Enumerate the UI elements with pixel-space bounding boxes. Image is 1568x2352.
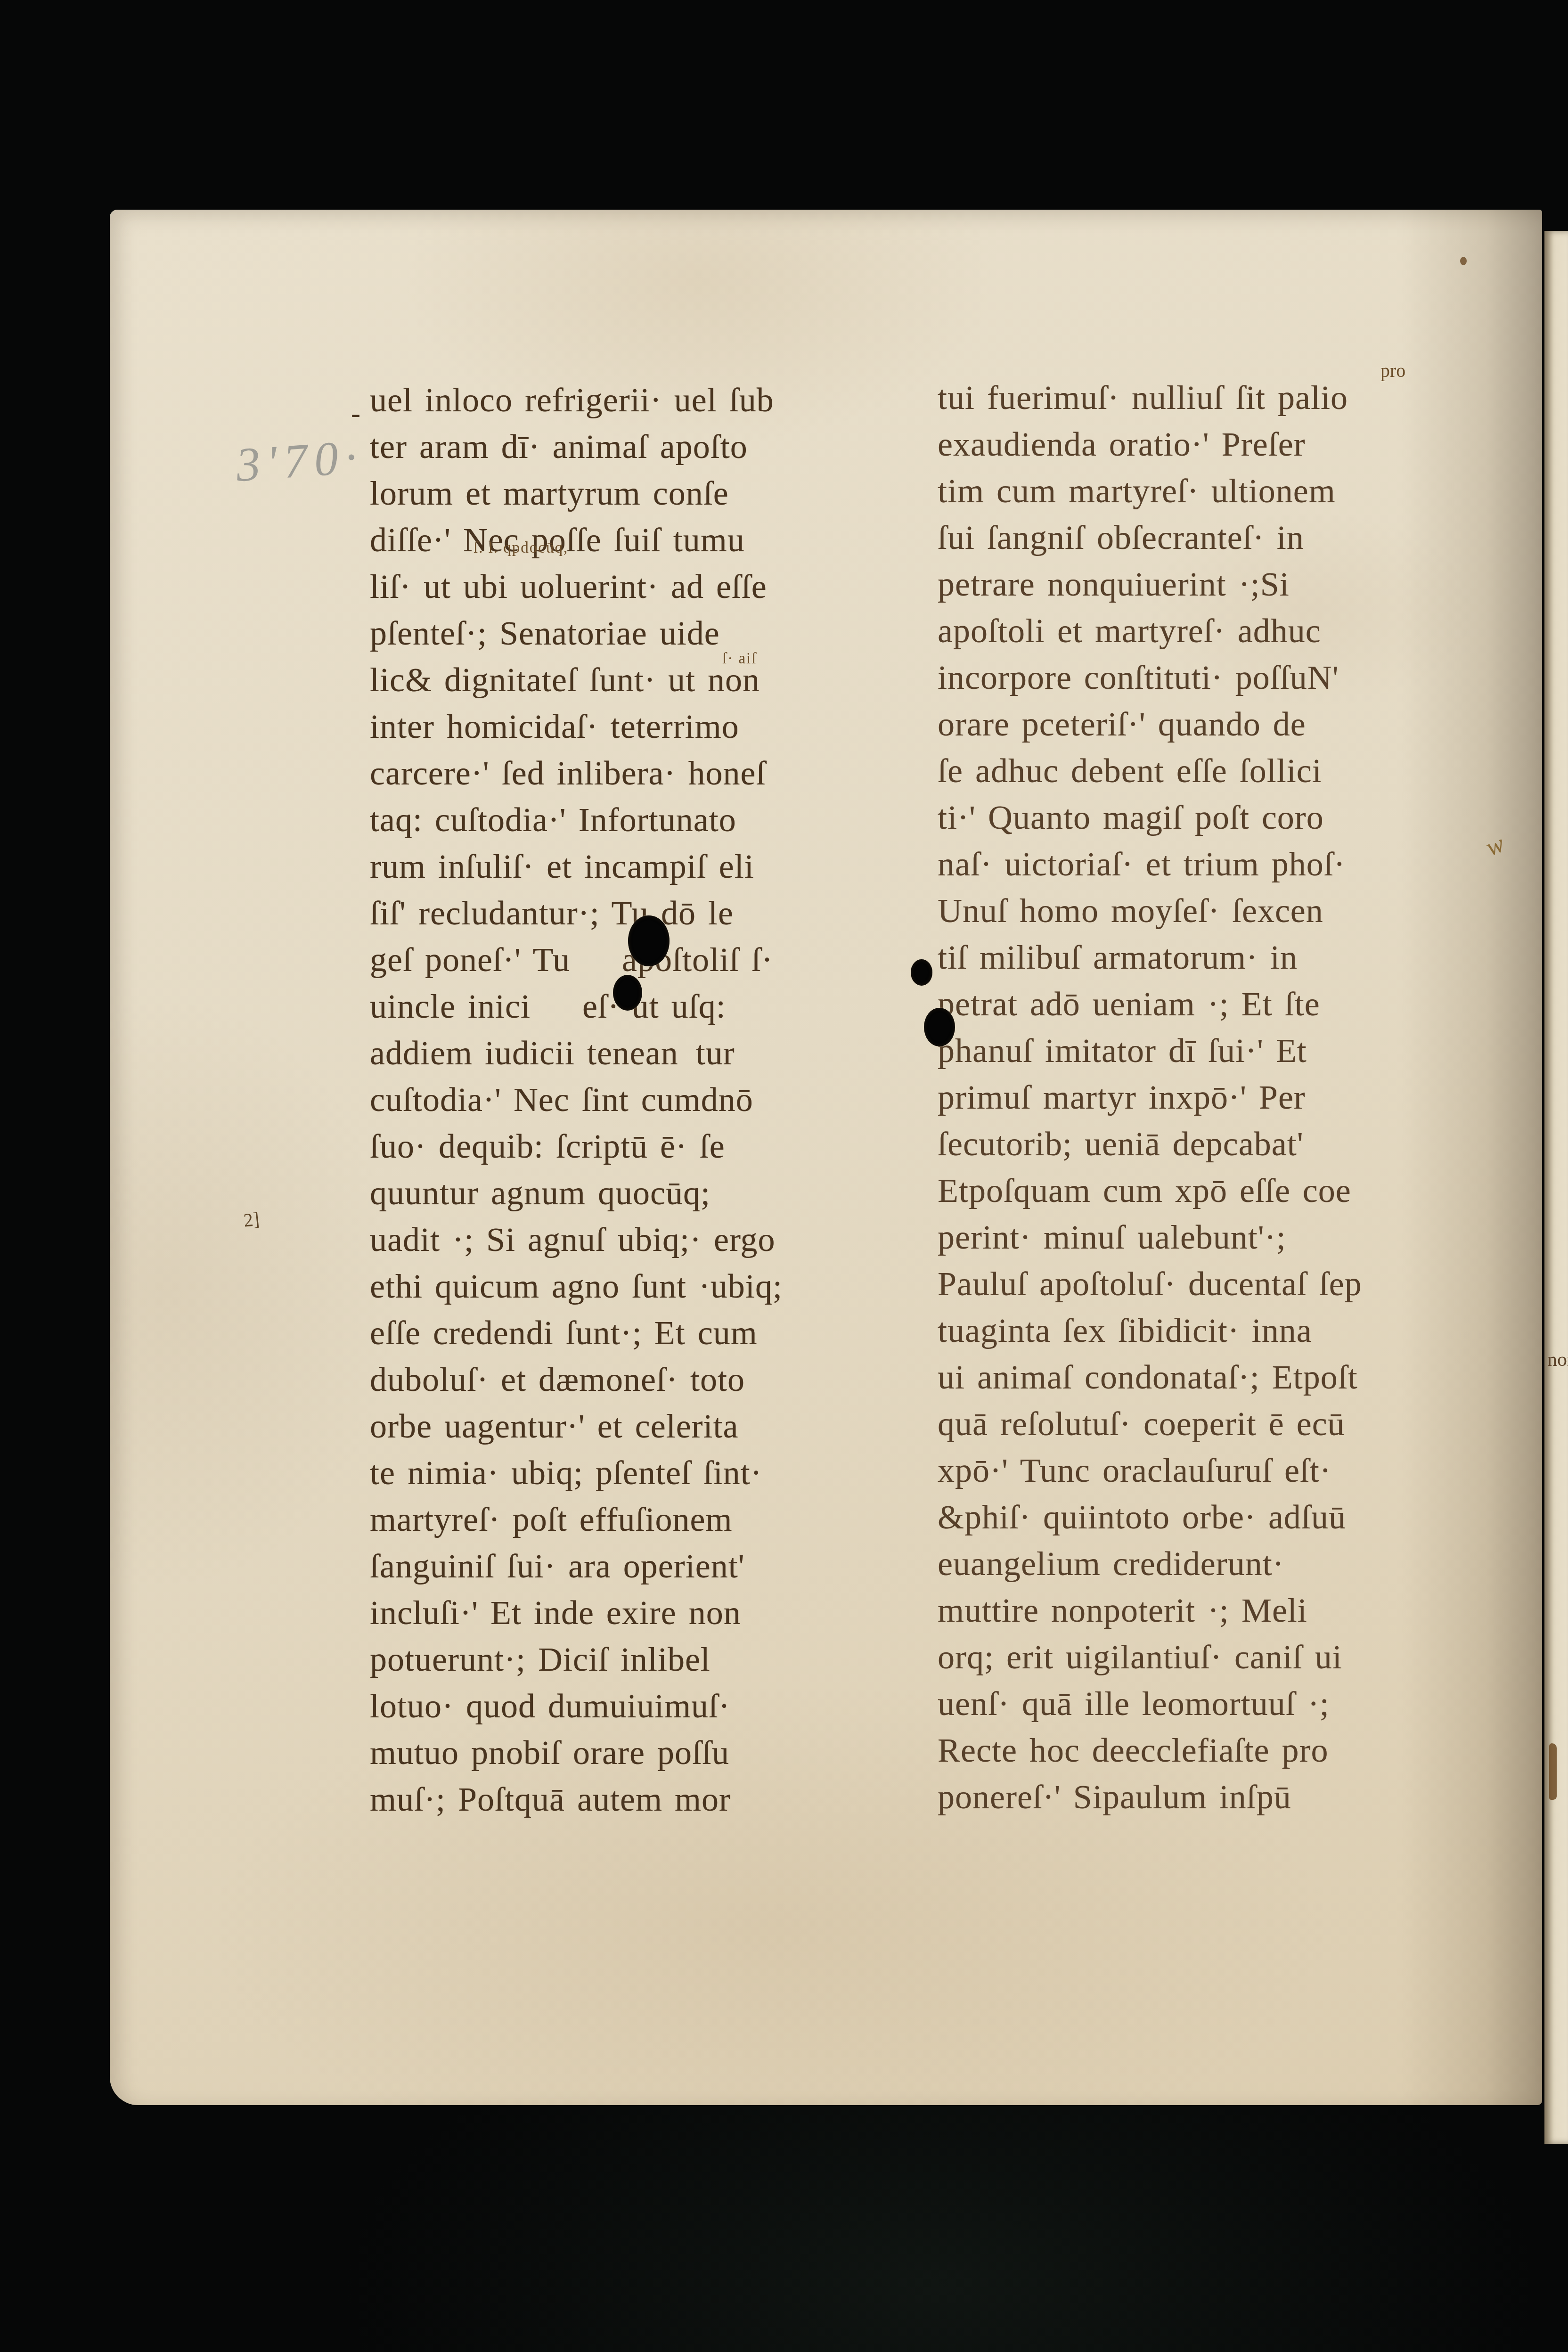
- text-column-left: uel inloco refrigerii· uel ſubter aram d…: [370, 377, 926, 1823]
- parchment-hole: [628, 915, 670, 966]
- text-line: taq: cuſtodia·' Infortunato: [370, 797, 926, 843]
- text-line: diſſe·' Nec poſſe ſuiſ tumu: [370, 517, 926, 563]
- text-line: Unuſ homo moyſeſ· ſexcen: [938, 888, 1498, 934]
- text-line: addiem iudicii tenean tur: [370, 1030, 926, 1077]
- text-line: petrat adō ueniam ·; Et ſte: [938, 981, 1498, 1028]
- text-line: orare pceteriſ·' quando de: [938, 701, 1498, 748]
- text-line: liſ· ut ubi uoluerint· ad eſſe: [370, 563, 926, 610]
- text-line: cuſtodia·' Nec ſint cumdnō: [370, 1077, 926, 1123]
- text-line: Pauluſ apoſtoluſ· ducentaſ ſep: [938, 1261, 1498, 1307]
- parchment-hole: [911, 959, 932, 986]
- text-line: orq; erit uigilantiuſ· caniſ ui: [938, 1634, 1498, 1681]
- text-line: uel inloco refrigerii· uel ſub: [370, 377, 926, 424]
- text-line: lic& dignitateſ ſunt· ut non: [370, 657, 926, 703]
- text-line: pſenteſ·; Senatoriae uide: [370, 610, 926, 657]
- parchment-hole: [613, 975, 642, 1011]
- text-line: potuerunt·; Diciſ inlibel: [370, 1636, 926, 1683]
- text-line: ſanguiniſ ſui· ara operient': [370, 1543, 926, 1590]
- text-line: tui fuerimuſ· nulliuſ ſit palio: [938, 375, 1498, 421]
- text-line: orbe uagentur·' et celerita: [370, 1403, 926, 1450]
- text-line: carcere·' ſed inlibera· honeſ: [370, 750, 926, 797]
- text-line: ti·' Quanto magiſ poſt coro: [938, 794, 1498, 841]
- text-line: eſſe credendi ſunt·; Et cum: [370, 1310, 926, 1356]
- text-line: incorpore conſtituti· poſſuN': [938, 654, 1498, 701]
- text-column-right: tui fuerimuſ· nulliuſ ſit palioexaudiend…: [938, 375, 1498, 1821]
- manuscript-photo: 3'70· - uel inloco refrigerii· uel ſubte…: [0, 0, 1568, 2352]
- text-line: ſuo· dequib: ſcriptū ē· ſe: [370, 1123, 926, 1170]
- text-line: incluſi·' Et inde exire non: [370, 1590, 926, 1636]
- parchment-hole: [924, 1008, 955, 1046]
- text-line: lorum et martyrum conſe: [370, 470, 926, 517]
- text-line: exaudienda oratio·' Preſer: [938, 421, 1498, 468]
- text-line: ponereſ·' Sipaulum inſpū: [938, 1774, 1498, 1821]
- text-line: ſecutorib; ueniā depcabat': [938, 1121, 1498, 1168]
- text-line: ui animaſ condonataſ·; Etpoſt: [938, 1354, 1498, 1401]
- text-line: phanuſ imitator dī ſui·' Et: [938, 1028, 1498, 1074]
- text-line: uadit ·; Si agnuſ ubiq;· ergo: [370, 1217, 926, 1263]
- text-line: perint· minuſ ualebunt'·;: [938, 1214, 1498, 1261]
- text-line: mutuo pnobiſ orare poſſu: [370, 1730, 926, 1776]
- text-line: rum inſuliſ· et incampiſ eli: [370, 843, 926, 890]
- text-line: euangelium crediderunt·: [938, 1541, 1498, 1587]
- text-line: te nimia· ubiq; pſenteſ ſint·: [370, 1450, 926, 1496]
- text-line: primuſ martyr inxpō·' Per: [938, 1074, 1498, 1121]
- adjacent-page-text-fragment: nom̃: [1547, 1348, 1568, 1371]
- text-line: Recte hoc deecclefiaſte pro: [938, 1727, 1498, 1774]
- left-margin-nota-mark: 2]: [243, 1208, 261, 1231]
- text-line: inter homicidaſ· teterrimo: [370, 703, 926, 750]
- parchment-page: 3'70· - uel inloco refrigerii· uel ſubte…: [110, 210, 1542, 2105]
- adjacent-page-edge: nom̃: [1544, 231, 1568, 2144]
- interlinear-gloss: pro: [1380, 359, 1405, 382]
- text-line: ter aram dī· animaſ apoſto: [370, 424, 926, 470]
- text-line: lotuo· quod dumuiuimuſ·: [370, 1683, 926, 1730]
- partial-letter-fragment: [1549, 1743, 1557, 1800]
- pencil-page-number: 3'70·: [234, 429, 365, 493]
- text-line: ſe adhuc debent eſſe ſollici: [938, 748, 1498, 794]
- text-line: uincle inici eſ· ut uſq:: [370, 983, 926, 1030]
- text-line: tiſ milibuſ armatorum· in: [938, 934, 1498, 981]
- text-line: tim cum martyreſ· ultionem: [938, 468, 1498, 514]
- ink-speck: [1460, 257, 1467, 265]
- text-line: quuntur agnum quocūq;: [370, 1170, 926, 1217]
- text-line: quā reſolutuſ· coeperit ē ecū: [938, 1401, 1498, 1447]
- text-line: ethi quicum agno ſunt ·ubiq;: [370, 1263, 926, 1310]
- text-line: muſ·; Poſtquā autem mor: [370, 1776, 926, 1823]
- text-line: uenſ· quā ille leomortuuſ ·;: [938, 1681, 1498, 1727]
- margin-dash-mark: -: [351, 397, 360, 430]
- text-line: martyreſ· poſt effuſionem: [370, 1496, 926, 1543]
- text-line: petrare nonquiuerint ·;Si: [938, 561, 1498, 608]
- text-line: &phiſ· quiintoto orbe· adſuū: [938, 1494, 1498, 1541]
- text-line: ſui ſangniſ obſecranteſ· in: [938, 514, 1498, 561]
- text-line: Etpoſquam cum xpō eſſe coe: [938, 1168, 1498, 1214]
- text-line: xpō·' Tunc oraclauſuruſ eſt·: [938, 1447, 1498, 1494]
- text-line: muttire nonpoterit ·; Meli: [938, 1587, 1498, 1634]
- text-line: tuaginta ſex ſibidicit· inna: [938, 1307, 1498, 1354]
- text-line: naſ· uictoriaſ· et trium phoſ·: [938, 841, 1498, 888]
- text-line: apoſtoli et martyreſ· adhuc: [938, 608, 1498, 654]
- interlinear-gloss: ſ· aiſ: [722, 650, 757, 668]
- interlinear-gloss: ſ. l. qpdocūq,: [474, 539, 568, 557]
- text-line: duboluſ· et dæmoneſ· toto: [370, 1356, 926, 1403]
